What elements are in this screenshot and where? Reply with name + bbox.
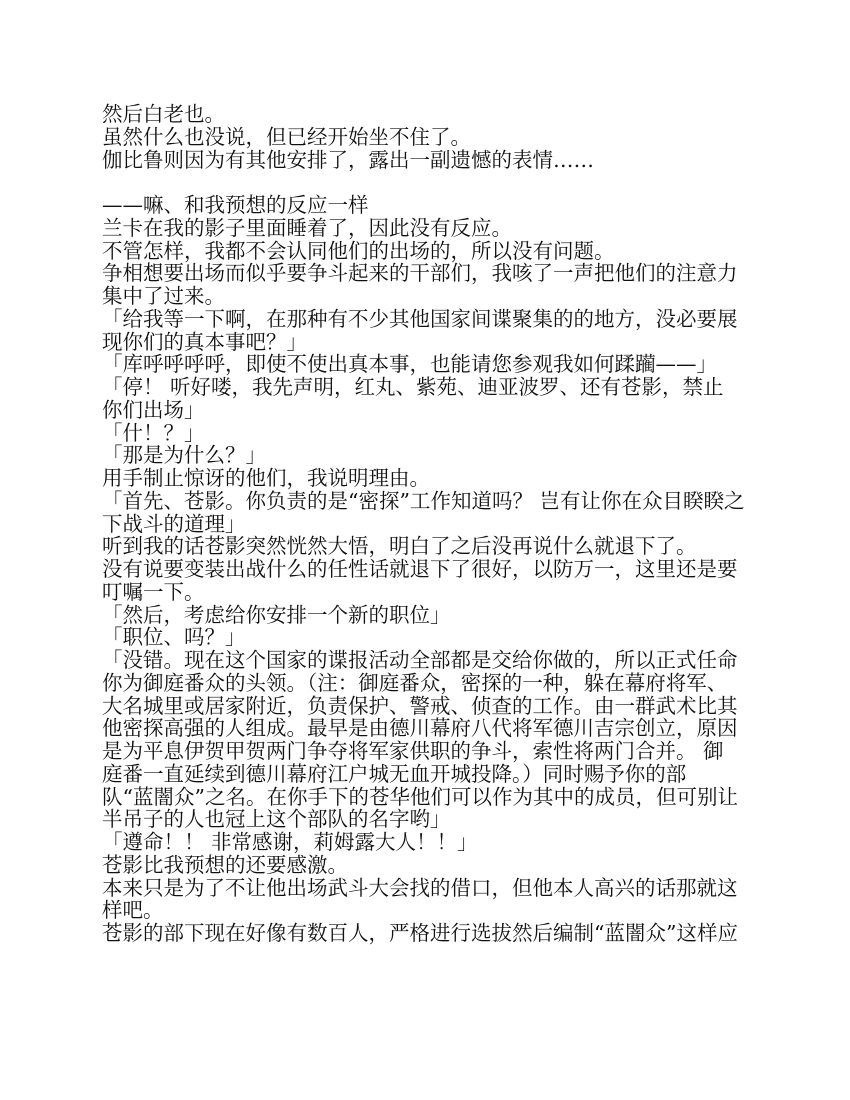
- text-line: 样吧。: [102, 899, 762, 922]
- dialogue-line: 是为平息伊贺甲贺两门争夺将军家供职的争斗，索性将两门合并。 御: [102, 740, 762, 763]
- text-line: 不管怎样，我都不会认同他们的出场的，所以没有问题。: [102, 240, 762, 263]
- text-line: 兰卡在我的影子里面睡着了，因此没有反应。: [102, 217, 762, 240]
- text-line: 叮嘱一下。: [102, 581, 762, 604]
- dialogue-line: 你们出场」: [102, 399, 762, 422]
- dialogue-line: 「遵命！！ 非常感谢，莉姆露大人！！」: [102, 831, 762, 854]
- dialogue-line: 现你们的真本事吧？」: [102, 331, 762, 354]
- document-page: 然后白老也。 虽然什么也没说，但已经开始坐不住了。 伽比鲁则因为有其他安排了，露…: [102, 103, 762, 945]
- text-line: 用手制止惊讶的他们，我说明理由。: [102, 467, 762, 490]
- dialogue-line: 「停！ 听好喽，我先声明，红丸、紫苑、迪亚波罗、还有苍影，禁止: [102, 376, 762, 399]
- dialogue-line: 「首先、苍影。你负责的是“密探”工作知道吗？ 岂有让你在众目睽睽之: [102, 490, 762, 513]
- dialogue-line: 大名城里或居家附近，负责保护、警戒、侦查的工作。由一群武术比其: [102, 695, 762, 718]
- dialogue-line: 庭番一直延续到德川幕府江户城无血开城投降。）同时赐予你的部: [102, 763, 762, 786]
- text-line: 苍影比我预想的还要感激。: [102, 854, 762, 877]
- text-line: 苍影的部下现在好像有数百人，严格进行选拔然后编制“蓝闇众”这样应: [102, 922, 762, 945]
- text-line: 没有说要变装出战什么的任性话就退下了很好，以防万一，这里还是要: [102, 558, 762, 581]
- text-line: 听到我的话苍影突然恍然大悟，明白了之后没再说什么就退下了。: [102, 535, 762, 558]
- dialogue-line: 队“蓝闇众”之名。在你手下的苍华他们可以作为其中的成员，但可别让: [102, 786, 762, 809]
- blank-line: [102, 171, 762, 194]
- text-line: 虽然什么也没说，但已经开始坐不住了。: [102, 126, 762, 149]
- text-line: 争相想要出场而似乎要争斗起来的干部们，我咳了一声把他们的注意力: [102, 262, 762, 285]
- text-line: 然后白老也。: [102, 103, 762, 126]
- dialogue-line: 下战斗的道理」: [102, 513, 762, 536]
- dialogue-line: 「库呼呼呼呼，即使不使出真本事，也能请您参观我如何蹂躏——」: [102, 353, 762, 376]
- text-line: ——嘛、和我预想的反应一样: [102, 194, 762, 217]
- dialogue-line: 「什！？」: [102, 422, 762, 445]
- text-line: 集中了过来。: [102, 285, 762, 308]
- dialogue-line: 半吊子的人也冠上这个部队的名字哟」: [102, 808, 762, 831]
- dialogue-line: 「职位、吗？」: [102, 626, 762, 649]
- dialogue-line: 「那是为什么？」: [102, 444, 762, 467]
- dialogue-line: 「没错。现在这个国家的谍报活动全部都是交给你做的，所以正式任命: [102, 649, 762, 672]
- dialogue-line: 「然后，考虑给你安排一个新的职位」: [102, 604, 762, 627]
- text-line: 本来只是为了不让他出场武斗大会找的借口，但他本人高兴的话那就这: [102, 877, 762, 900]
- dialogue-line: 他密探高强的人组成。最早是由德川幕府八代将军德川吉宗创立，原因: [102, 717, 762, 740]
- dialogue-line: 「给我等一下啊，在那种有不少其他国家间谍聚集的的地方，没必要展: [102, 308, 762, 331]
- dialogue-line: 你为御庭番众的头领。（注：御庭番众，密探的一种，躲在幕府将军、: [102, 672, 762, 695]
- text-line: 伽比鲁则因为有其他安排了，露出一副遗憾的表情……: [102, 149, 762, 172]
